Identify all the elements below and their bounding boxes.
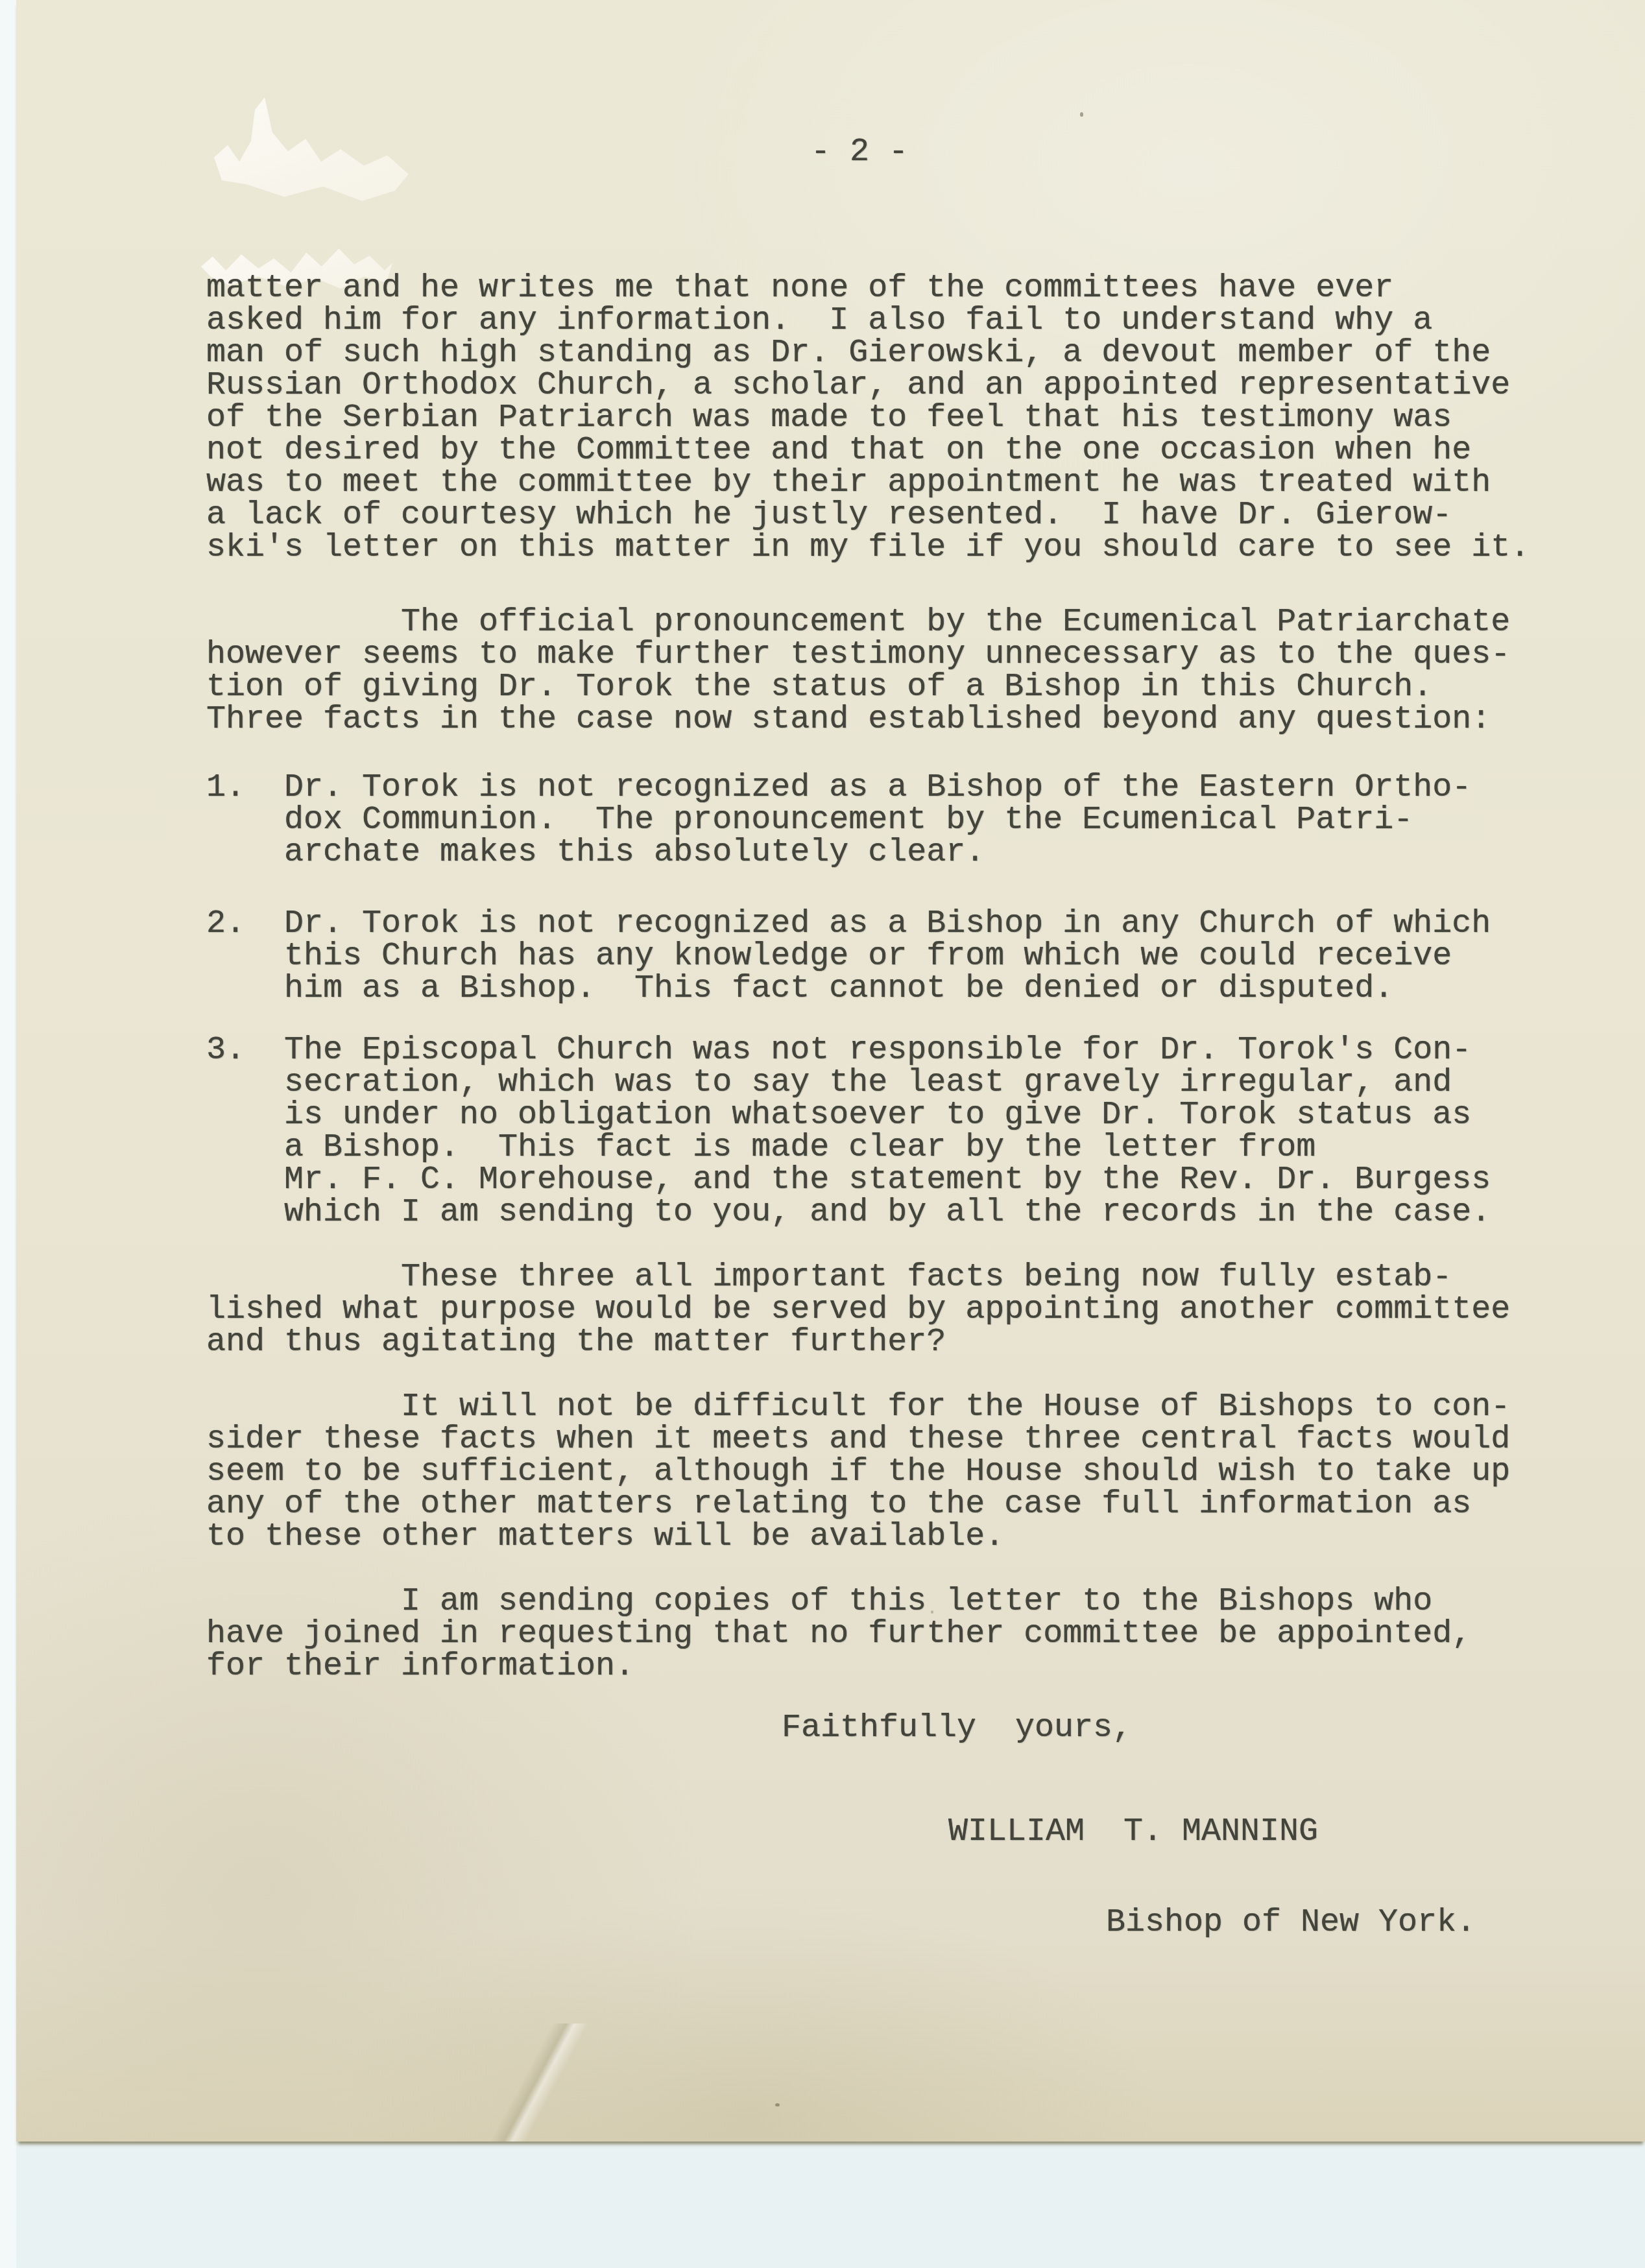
paragraph-1: matter and he writes me that none of the…	[206, 272, 1530, 564]
letter-page: - 2 - matter and he writes me that none …	[16, 0, 1645, 2142]
paragraph-4: It will not be difficult for the House o…	[206, 1391, 1510, 1553]
paragraph-2: The official pronouncement by the Ecumen…	[206, 606, 1510, 736]
paragraph-5: I am sending copies of this letter to th…	[206, 1586, 1471, 1683]
paragraph-3: These three all important facts being no…	[206, 1261, 1510, 1359]
paper-speck	[775, 2103, 780, 2107]
signature-name: WILLIAM T. MANNING	[948, 1816, 1318, 1848]
scanned-letter-page-2: - 2 - matter and he writes me that none …	[0, 0, 1645, 2268]
staple-tear-mark	[214, 97, 409, 201]
list-item-3: 3. The Episcopal Church was not responsi…	[206, 1034, 1491, 1229]
closing-line: Faithfully yours,	[782, 1712, 1132, 1745]
list-item-1: 1. Dr. Torok is not recognized as a Bish…	[206, 772, 1471, 869]
signature-title: Bishop of New York.	[1106, 1907, 1476, 1939]
scanner-background	[0, 0, 16, 2268]
bottom-fold-crease	[428, 2023, 642, 2142]
paper-speck	[1080, 112, 1083, 117]
list-item-2: 2. Dr. Torok is not recognized as a Bish…	[206, 908, 1491, 1005]
page-number: - 2 -	[811, 136, 908, 169]
